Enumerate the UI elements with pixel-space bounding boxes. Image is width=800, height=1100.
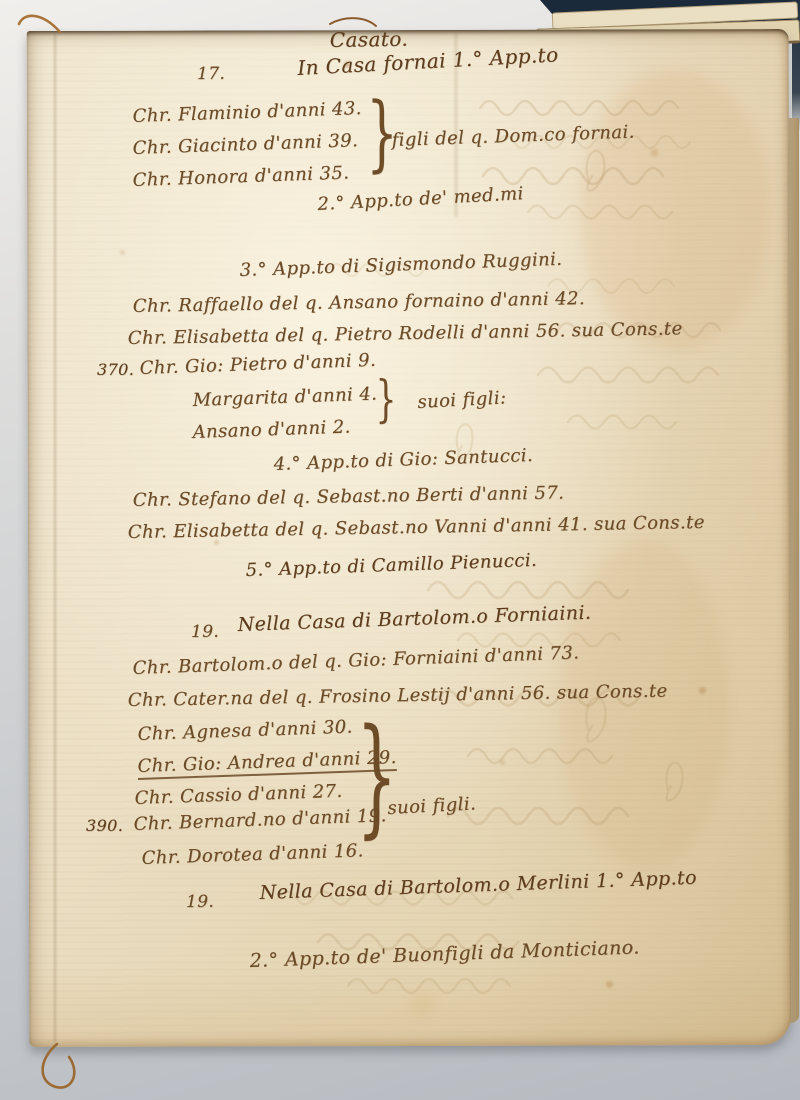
page-header: Casato. bbox=[330, 27, 409, 52]
binding-thread-bottom bbox=[43, 1044, 75, 1088]
margin-number: 370. bbox=[97, 360, 134, 379]
stain bbox=[580, 70, 770, 350]
left-fold-crease bbox=[54, 34, 56, 1042]
binding-thread-top-2 bbox=[330, 18, 376, 26]
grouping-brace: } bbox=[376, 376, 397, 422]
stain bbox=[560, 540, 730, 870]
binding-thread-top bbox=[19, 16, 60, 32]
scanned-manuscript: { "scan": { "header": "Casato.", "ink_co… bbox=[0, 0, 800, 1100]
foxing-spots bbox=[0, 0, 5, 5]
margin-number: 390. bbox=[86, 816, 123, 835]
house-number: 17. bbox=[197, 64, 225, 84]
house-number: 19. bbox=[191, 622, 219, 642]
house-number: 19. bbox=[186, 892, 214, 912]
